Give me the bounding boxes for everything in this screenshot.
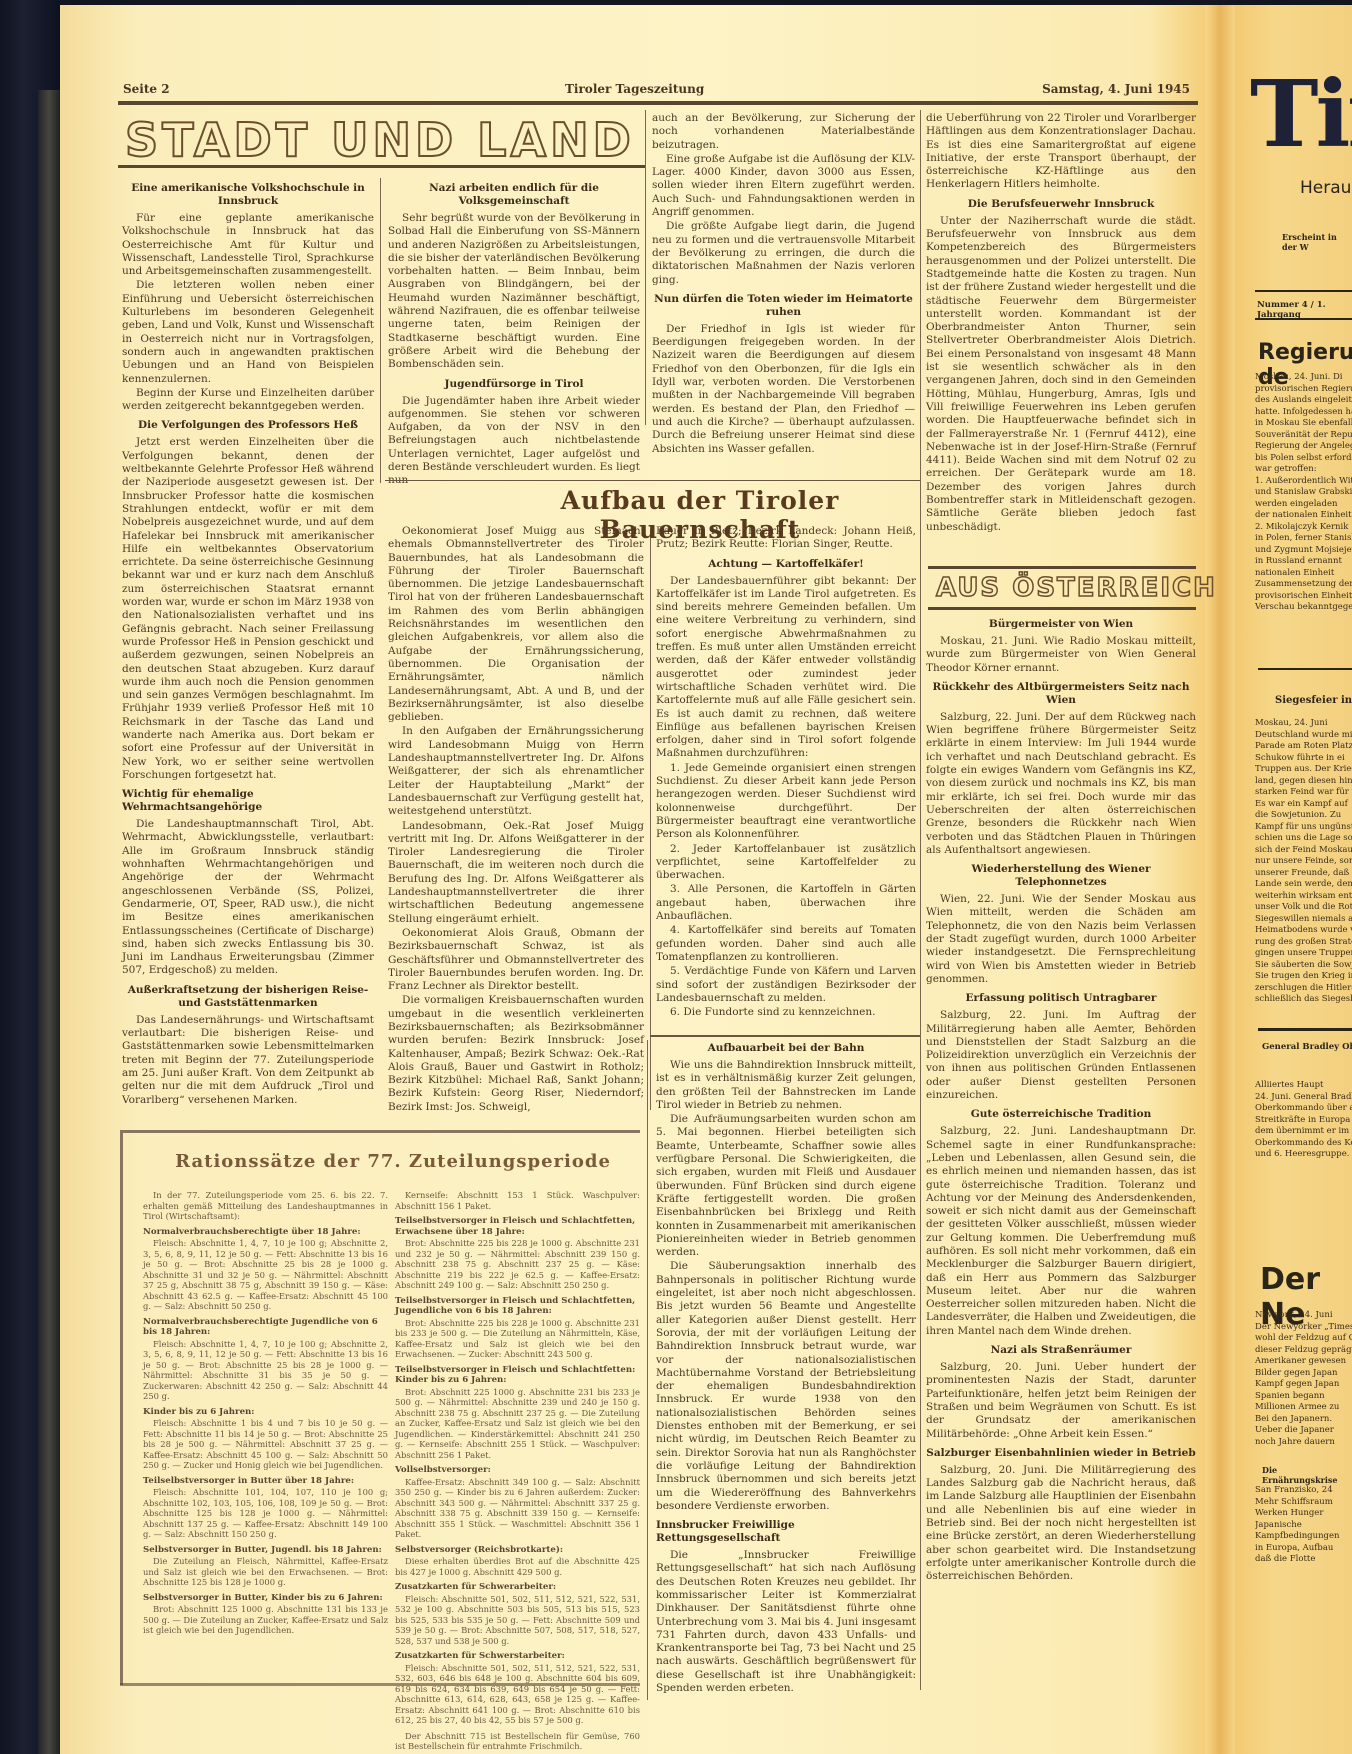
ration-heading: Kinder bis zu 6 Jahren: [143, 1407, 388, 1418]
article-text: Die Landeshauptmannschaft Tirol, Abt. We… [122, 818, 374, 978]
headline-bahnlinien: Salzburger Eisenbahnlinien wieder in Bet… [926, 1447, 1196, 1460]
ration-text: Fleisch: Abschnitte 501, 502, 511, 512, … [395, 1594, 640, 1647]
headline-rettung: Innsbrucker Freiwillige Rettungsgesellsc… [656, 1519, 916, 1545]
article-text: Oekonomierat Alois Grauß, Obmann der Bez… [388, 927, 644, 993]
ration-text: Die Zuteilung an Fleisch, Nährmittel, Ka… [143, 1556, 388, 1588]
article-text: Das Landesernährungs- und Wirtschaftsamt… [122, 1014, 374, 1107]
list-item: 3. Alle Personen, die Kartoffeln in Gärt… [656, 883, 916, 923]
ration-text: Fleisch: Abschnitte 501, 502, 511, 512, … [395, 1663, 640, 1726]
article-text: Salzburg, 20. Juni. Die Militärregierung… [926, 1464, 1196, 1584]
oesterreich-column: Bürgermeister von Wien Moskau, 21. Juni.… [926, 612, 1196, 1585]
newspaper-name: Tiroler Tageszeitung [565, 82, 704, 96]
headline-jugendfuersorge: Jugendfürsorge in Tirol [388, 378, 640, 391]
article-text: auch an der Bevölkerung, zur Sicherung d… [652, 112, 915, 152]
ration-right-column: Kernseife: Abschnitt 153 1 Stück. Waschp… [395, 1185, 640, 1752]
article-text: Die größte Aufgabe liegt darin, die Juge… [652, 220, 915, 286]
bauernschaft-col-b: Bauer in Rietz; Bezirk Landeck: Johann H… [656, 525, 916, 1020]
article-text: Jetzt erst werden Einzelheiten über die … [122, 436, 374, 782]
article-text: Salzburg, 22. Juni. Im Auftrag der Milit… [926, 1009, 1196, 1102]
front-page-article-1: Moskau, 24. Juni. Diprovisorischen Regie… [1255, 372, 1352, 614]
front-page-frequency: Erscheint in der W [1282, 232, 1352, 252]
column-1: Eine amerikanische Volkshochschule in In… [122, 176, 374, 1108]
ration-text: Kernseife: Abschnitt 153 1 Stück. Waschp… [395, 1190, 640, 1211]
ration-heading: Selbstversorger in Butter, Jugendl. bis … [143, 1545, 388, 1556]
binding-edge [38, 90, 60, 1754]
article-text: Für eine geplante amerikanische Volkshoc… [122, 212, 374, 278]
headline-nazi-volksgemeinschaft: Nazi arbeiten endlich für die Volksgemei… [388, 182, 640, 208]
issue-date: Samstag, 4. Juni 1945 [1042, 82, 1190, 96]
ration-text: Der Abschnitt 715 ist Bestellschein für … [395, 1731, 640, 1752]
ration-text: Fleisch: Abschnitte 101, 104, 107, 110 j… [143, 1487, 388, 1540]
ration-heading: Teilselbstversorger in Fleisch und Schla… [395, 1296, 640, 1317]
headline-hess: Die Verfolgungen des Professors Heß [122, 419, 374, 432]
column-4: die Ueberführung von 22 Tiroler und Vora… [926, 112, 1196, 535]
ration-heading: Normalverbrauchsberechtigte Jugendliche … [143, 1317, 388, 1338]
column-rule [1258, 1028, 1352, 1031]
column-rule [645, 110, 646, 425]
headline-tradition: Gute österreichische Tradition [926, 1108, 1196, 1121]
ration-box-title: Rationssätze der 77. Zuteilungsperiode [143, 1151, 643, 1172]
list-item: 5. Verdächtige Funde von Käfern und Larv… [656, 965, 916, 1005]
article-text: Landesobmann, Oek.-Rat Josef Muigg vertr… [388, 820, 644, 926]
headline-wien: Bürgermeister von Wien [926, 618, 1196, 631]
headline-toten: Nun dürfen die Toten wieder im Heimatort… [652, 293, 915, 319]
ration-heading: Selbstversorger (Reichsbrotkarte): [395, 1545, 640, 1556]
article-text: Die Jugendämter haben ihre Arbeit wieder… [388, 395, 640, 488]
article-text: Oekonomierat Josef Muigg aus Steinach, e… [388, 525, 644, 724]
ration-text: Brot: Abschnitt 225 1000 g. Abschnitte 2… [395, 1387, 640, 1461]
front-page-article-3: Alliiertes Haupt24. Juni. General Bradle… [1255, 1080, 1352, 1161]
article-text: Sehr begrüßt wurde von der Bevölkerung i… [388, 212, 640, 372]
page-fold [1205, 5, 1235, 1754]
list-item: 6. Die Fundorte sind zu kennzeichnen. [656, 1006, 916, 1019]
headline-siegesfeier: Siegesfeier in [1275, 695, 1352, 706]
column-rule [650, 530, 651, 1110]
ration-text: Fleisch: Abschnitte 1, 4, 7, 10 je 100 g… [143, 1238, 388, 1312]
ration-heading: Teilselbstversorger in Fleisch und Schla… [395, 1216, 640, 1237]
article-text: Moskau, 21. Juni. Wie Radio Moskau mitte… [926, 635, 1196, 675]
headline-marken: Außerkraftsetzung der bisherigen Reise- … [122, 984, 374, 1010]
column-3: auch an der Bevölkerung, zur Sicherung d… [652, 112, 915, 457]
ration-text: Kaffee-Ersatz: Abschnitt 349 100 g. — Sa… [395, 1477, 640, 1540]
ration-text: Brot: Abschnitte 225 bis 228 je 1000 g. … [395, 1318, 640, 1360]
issue-number: Nummer 4 / 1. Jahrgang [1257, 300, 1352, 320]
headline-seitz: Rückkehr des Altbürgermeisters Seitz nac… [926, 681, 1196, 707]
article-text: Beginn der Kurse und Einzelheiten darübe… [122, 387, 374, 414]
article-text: Bauer in Rietz; Bezirk Landeck: Johann H… [656, 525, 916, 552]
section-title-aus-oesterreich: AUS ÖSTERREICH [936, 573, 1217, 603]
article-text: Salzburg, 22. Juni. Landeshauptmann Dr. … [926, 1125, 1196, 1338]
ration-text: In der 77. Zuteilungsperiode vom 25. 6. … [143, 1190, 388, 1222]
ration-heading: Vollselbstversorger: [395, 1465, 640, 1476]
article-text: Wie uns die Bahndirektion Innsbruck mitt… [656, 1059, 916, 1112]
page-header: Seite 2 Tiroler Tageszeitung Samstag, 4.… [120, 80, 1190, 100]
ration-heading: Zusatzkarten für Schwerstarbeiter: [395, 1651, 640, 1662]
section-rule [385, 480, 920, 481]
ration-box: Rationssätze der 77. Zuteilungsperiode I… [120, 1130, 640, 1685]
ration-left-column: In der 77. Zuteilungsperiode vom 25. 6. … [143, 1185, 388, 1636]
column-2: Nazi arbeiten endlich für die Volksgemei… [388, 176, 640, 489]
headline-telefon: Wiederherstellung des Wiener Telephonnet… [926, 863, 1196, 889]
front-page-article-2: Moskau, 24. JuniDeutschland wurde mit eP… [1255, 718, 1352, 1006]
front-page-article-5: San Franzisko, 24Mehr SchiffsraumWerken … [1255, 1485, 1352, 1566]
ration-heading: Teilselbstversorger in Fleisch und Schla… [395, 1365, 640, 1386]
article-text: In den Aufgaben der Ernährungssicherung … [388, 725, 644, 818]
masthead-rule [1255, 318, 1352, 320]
headline-untragbar: Erfassung politisch Untragbarer [926, 992, 1196, 1005]
ration-box-bottom-rule [120, 1683, 640, 1686]
article-text: Der Friedhof in Igls ist wieder für Beer… [652, 323, 915, 456]
section-title-stadt-und-land: STADT UND LAND [125, 113, 635, 167]
article-text: Die Säuberungsaktion innerhalb des Bahnp… [656, 1260, 916, 1513]
ration-text: Brot: Abschnitte 225 bis 228 je 1000 g. … [395, 1238, 640, 1291]
ration-heading: Zusatzkarten für Schwerarbeiter: [395, 1582, 640, 1593]
column-rule [920, 110, 921, 1690]
article-text: Eine große Aufgabe ist die Auflösung der… [652, 153, 915, 219]
column-rule [380, 178, 381, 483]
article-text: Die „Innsbrucker Freiwillige Rettungsges… [656, 1549, 916, 1695]
list-item: 2. Jeder Kartoffelanbauer ist zusätzlich… [656, 843, 916, 883]
article-text: Wien, 22. Juni. Wie der Sender Moskau au… [926, 893, 1196, 986]
article-text: die Ueberführung von 22 Tiroler und Vora… [926, 112, 1196, 192]
headline-bradley: General Bradley Oberb Europa [1262, 1042, 1352, 1052]
column-rule [1258, 668, 1352, 670]
bahn-column: Aufbauarbeit bei der Bahn Wie uns die Ba… [656, 1036, 916, 1696]
headline-bahn: Aufbauarbeit bei der Bahn [656, 1042, 916, 1055]
ration-text: Brot: Abschnitt 125 1000 g. Abschnitte 1… [143, 1604, 388, 1636]
headline-kartoffelkaefer: Achtung — Kartoffelkäfer! [656, 558, 916, 571]
front-page-publisher: Herausg [1300, 178, 1352, 198]
headline-wehrmacht: Wichtig für ehemalige Wehrmachtsangehöri… [122, 788, 374, 814]
article-text: Die vormaligen Kreisbauernschaften wurde… [388, 994, 644, 1114]
article-text: Unter der Naziherrschaft wurde die städt… [926, 215, 1196, 534]
headline-feuerwehr: Die Berufsfeuerwehr Innsbruck [926, 198, 1196, 211]
ration-text: Diese erhalten überdies Brot auf die Abs… [395, 1556, 640, 1577]
list-item: 1. Jede Gemeinde organisiert einen stren… [656, 762, 916, 842]
headline-strassenraeumer: Nazi als Straßenräumer [926, 1344, 1196, 1357]
list-item: 4. Kartoffelkäfer sind bereits auf Tomat… [656, 924, 916, 964]
headline-ernaehrung: Die Ernährungskrise [1262, 1465, 1352, 1485]
article-text: Salzburg, 22. Juni. Der auf dem Rückweg … [926, 711, 1196, 857]
section-rule [928, 607, 1196, 610]
ration-heading: Selbstversorger in Butter, Kinder bis zu… [143, 1593, 388, 1604]
masthead-rule [1255, 290, 1352, 292]
ration-heading: Teilselbstversorger in Butter über 18 Ja… [143, 1476, 388, 1487]
bauernschaft-col-a: Oekonomierat Josef Muigg aus Steinach, e… [388, 525, 644, 1115]
headline-volkshochschule: Eine amerikanische Volkshochschule in In… [122, 182, 374, 208]
front-page-article-4: Newyork, 24. JuniDer Newyorker „Times“wo… [1255, 1310, 1352, 1448]
article-text: Die letzteren wollen neben einer Einführ… [122, 279, 374, 385]
page-number: Seite 2 [123, 82, 170, 96]
ration-heading: Normalverbrauchsberechtigte über 18 Jahr… [143, 1227, 388, 1238]
section-rule [928, 566, 1196, 569]
section-rule [118, 165, 645, 168]
article-text: Der Landesbauernführer gibt bekannt: Der… [656, 575, 916, 761]
ration-text: Fleisch: Abschnitte 1 bis 4 und 7 bis 10… [143, 1418, 388, 1471]
ration-text: Fleisch: Abschnitte 1, 4, 7, 10 je 100 g… [143, 1339, 388, 1402]
article-text: Die Aufräumungsarbeiten wurden schon am … [656, 1113, 916, 1259]
article-text: Salzburg, 20. Juni. Ueber hundert der pr… [926, 1361, 1196, 1441]
column-rule [647, 1040, 648, 1700]
front-page-masthead: Tir [1250, 60, 1352, 168]
header-rule [118, 101, 1198, 105]
